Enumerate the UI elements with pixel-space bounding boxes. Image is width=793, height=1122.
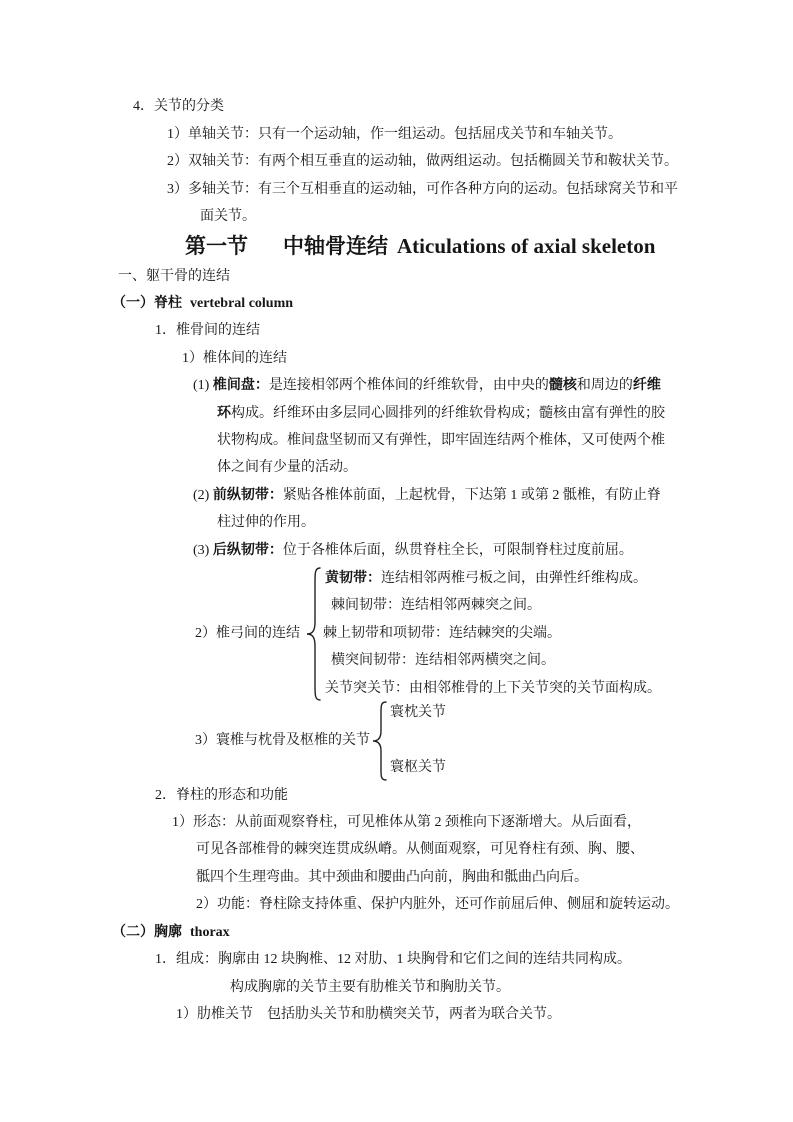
classification-item-biaxial: 2）双轴关节：有两个相互垂直的运动轴，做两组运动。包括椭圆关节和鞍状关节。 — [167, 151, 678, 173]
thorax-composition-line1: 1．组成：胸廓由 12 块胸椎、12 对肋、1 块胸骨和它们之间的连结共同构成。 — [155, 949, 631, 971]
thorax-heading-zh: （二）胸廓 — [112, 925, 182, 940]
classification-item-multiaxial-cont: 面关节。 — [200, 206, 256, 228]
nucleus-term: 髓核 — [549, 378, 577, 393]
body-joints-heading: 1）椎体间的连结 — [182, 348, 287, 370]
spine-form-function-heading: 2．脊柱的形态和功能 — [155, 785, 288, 807]
disc-definition-line2: 环构成。纤维环由多层同心圆排列的纤维软骨构成；髓核由富有弹性的胶 — [217, 403, 665, 425]
anterior-ligament-line1: (2) 前纵韧带：紧贴各椎体前面，上起枕骨，下达第 1 或第 2 骶椎，有防止脊 — [193, 485, 661, 507]
curly-brace-icon — [371, 700, 389, 782]
classification-item-uniaxial: 1）单轴关节：只有一个运动轴，作一组运动。包括屈戌关节和车轴关节。 — [167, 124, 622, 146]
ligamenta-flava-term: 黄韧带： — [325, 571, 381, 586]
spine-function-line: 2）功能：脊柱除支持体重、保护内脏外，还可作前屈后伸、侧屈和旋转运动。 — [196, 894, 679, 916]
annulus-term: 纤维 — [633, 378, 661, 393]
vertebral-column-heading-en: vertebral column — [190, 296, 293, 311]
item-number: (1) — [193, 378, 213, 393]
posterior-ligament-term: 后纵韧带： — [213, 543, 283, 558]
facet-joint-line: 关节突关节：由相邻椎骨的上下关节突的关节面构成。 — [325, 678, 661, 700]
spine-form-line2: 可见各部椎骨的棘突连贯成纵嵴。从侧面观察，可见脊柱有颈、胸、腰、 — [196, 839, 644, 861]
disc-term: 椎间盘： — [213, 378, 269, 393]
item-number: (2) — [193, 488, 213, 503]
atlas-joints-label: 3）寰椎与枕骨及枢椎的关节 — [195, 730, 370, 752]
vertebral-column-heading-zh: （一）脊柱 — [112, 296, 182, 311]
interspinous-ligament-line: 棘间韧带：连结相邻两棘突之间。 — [331, 595, 541, 617]
disc-definition-line4: 体之间有少量的活动。 — [217, 457, 357, 479]
vertebral-column-heading: （一）脊柱vertebral column — [112, 293, 293, 315]
section-title-zh: 中轴骨连结 — [283, 234, 388, 258]
section-title-en: Aticulations of axial skeleton — [397, 234, 655, 258]
anterior-ligament-line2: 柱过伸的作用。 — [217, 512, 315, 534]
intervertebral-connections-heading: 1．椎骨间的连结 — [155, 320, 260, 342]
document-page: 4．关节的分类 1）单轴关节：只有一个运动轴，作一组运动。包括屈戌关节和车轴关节… — [0, 0, 793, 1122]
intertransverse-ligament-line: 横突间韧带：连结相邻两横突之间。 — [331, 650, 555, 672]
atlantooccipital-joint-line: 寰枕关节 — [390, 702, 446, 724]
classification-heading: 4．关节的分类 — [133, 96, 224, 118]
disc-text: 构成。纤维环由多层同心圆排列的纤维软骨构成；髓核由富有弹性的胶 — [231, 406, 665, 421]
anterior-ligament-text: 紧贴各椎体前面，上起枕骨，下达第 1 或第 2 骶椎，有防止脊 — [283, 488, 661, 503]
curly-brace-icon — [305, 566, 323, 702]
section-title: 第一节中轴骨连结Aticulations of axial skeleton — [185, 231, 655, 261]
item-number: (3) — [193, 543, 213, 558]
disc-text: 和周边的 — [577, 378, 633, 393]
atlantoaxial-joint-line: 寰枢关节 — [390, 757, 446, 779]
posterior-ligament-text: 位于各椎体后面，纵贯脊柱全长，可限制脊柱过度前屈。 — [283, 543, 633, 558]
thorax-composition-line2: 构成胸廓的关节主要有肋椎关节和胸肋关节。 — [230, 977, 510, 999]
thorax-heading: （二）胸廓thorax — [112, 922, 230, 944]
costovertebral-joint-line: 1）肋椎关节 包括肋头关节和肋横突关节，两者为联合关节。 — [176, 1004, 561, 1026]
posterior-ligament-line: (3) 后纵韧带：位于各椎体后面，纵贯脊柱全长，可限制脊柱过度前屈。 — [193, 540, 633, 562]
anterior-ligament-term: 前纵韧带： — [213, 488, 283, 503]
annulus-term-cont: 环 — [217, 406, 231, 421]
disc-definition-line1: (1) 椎间盘：是连接相邻两个椎体间的纤维软骨，由中央的髓核和周边的纤维 — [193, 375, 661, 397]
thorax-heading-en: thorax — [190, 925, 230, 940]
ligamenta-flava-line: 黄韧带：连结相邻两椎弓板之间，由弹性纤维构成。 — [325, 568, 647, 590]
section-title-number: 第一节 — [185, 234, 248, 258]
classification-item-multiaxial: 3）多轴关节：有三个互相垂直的运动轴，可作各种方向的运动。包括球窝关节和平 — [167, 179, 678, 201]
disc-text: 是连接相邻两个椎体间的纤维软骨，由中央的 — [269, 378, 549, 393]
spine-form-line1: 1）形态：从前面观察脊柱，可见椎体从第 2 颈椎向下逐渐增大。从后面看， — [172, 812, 641, 834]
spine-form-line3: 骶四个生理弯曲。其中颈曲和腰曲凸向前，胸曲和骶曲凸向后。 — [196, 867, 588, 889]
supraspinous-ligament-line: 棘上韧带和项韧带：连结棘突的尖端。 — [323, 623, 561, 645]
trunk-bones-heading: 一、躯干骨的连结 — [118, 266, 230, 288]
arch-joints-label: 2）椎弓间的连结 — [195, 623, 300, 645]
ligamenta-flava-text: 连结相邻两椎弓板之间，由弹性纤维构成。 — [381, 571, 647, 586]
disc-definition-line3: 状物构成。椎间盘坚韧而又有弹性，即牢固连结两个椎体，又可使两个椎 — [217, 430, 665, 452]
